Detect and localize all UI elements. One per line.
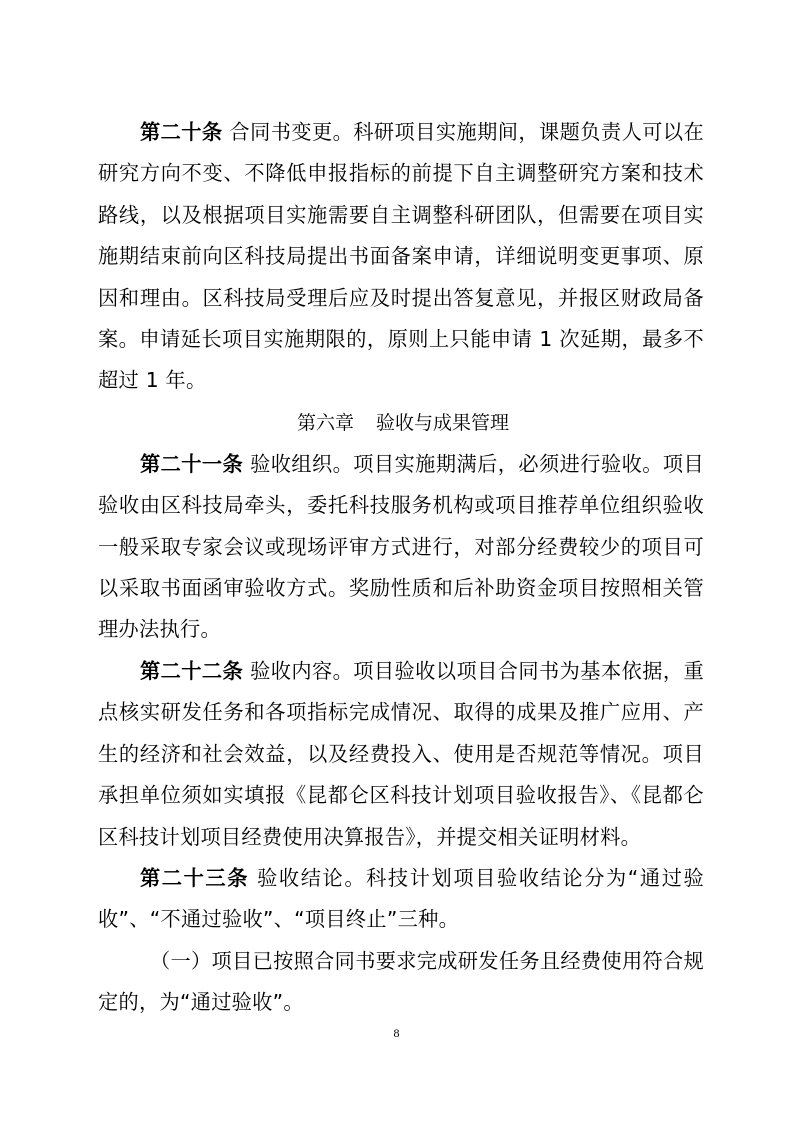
list-item-1: （一）项目已按照合同书要求完成研发任务且经费使用符合规定的，为“通过验收”。 — [98, 941, 704, 1024]
article-number: 第二十一条 — [140, 452, 243, 476]
list-item-text: （一）项目已按照合同书要求完成研发任务且经费使用符合规定的，为“通过验收”。 — [98, 949, 704, 1014]
article-number: 第二十三条 — [140, 866, 249, 890]
article-text: 验收内容。项目验收以项目合同书为基本依据，重点核实研发任务和各项指标完成情况、取… — [98, 659, 704, 849]
chapter-title: 验收与成果管理 — [376, 412, 509, 434]
article-23: 第二十三条 验收结论。科技计划项目验收结论分为“通过验收”、“不通过验收”、“项… — [98, 858, 704, 941]
article-number: 第二十二条 — [140, 659, 243, 683]
document-body: 第二十条 合同书变更。科研项目实施期间，课题负责人可以在研究方向不变、不降低申报… — [98, 112, 704, 1024]
article-text: 合同书变更。科研项目实施期间，课题负责人可以在研究方向不变、不降低申报指标的前提… — [98, 120, 704, 392]
article-22: 第二十二条 验收内容。项目验收以项目合同书为基本依据，重点核实研发任务和各项指标… — [98, 651, 704, 858]
document-page: 第二十条 合同书变更。科研项目实施期间，课题负责人可以在研究方向不变、不降低申报… — [0, 0, 793, 1122]
article-text: 验收组织。项目实施期满后，必须进行验收。项目验收由区科技局牵头，委托科技服务机构… — [98, 452, 704, 642]
chapter-number: 第六章 — [297, 412, 354, 434]
page-number: 8 — [0, 1026, 793, 1041]
article-20: 第二十条 合同书变更。科研项目实施期间，课题负责人可以在研究方向不变、不降低申报… — [98, 112, 704, 402]
article-21: 第二十一条 验收组织。项目实施期满后，必须进行验收。项目验收由区科技局牵头，委托… — [98, 444, 704, 651]
chapter-heading: 第六章验收与成果管理 — [98, 402, 704, 444]
article-number: 第二十条 — [140, 120, 223, 144]
